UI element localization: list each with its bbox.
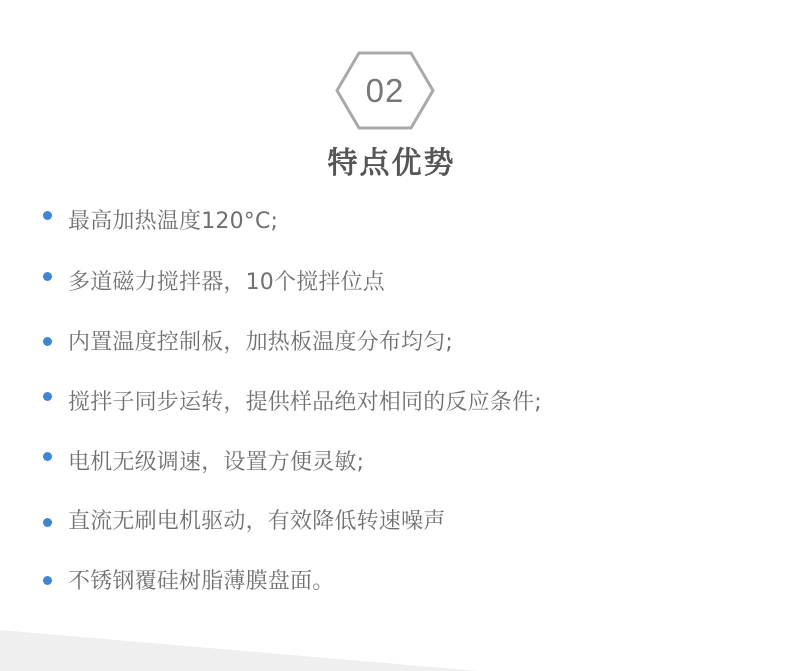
feature-text: 搅拌子同步运转，提供样品绝对相同的反应条件; [68,385,542,416]
bullet-dot-icon [43,337,52,346]
bullet-dot-icon [43,392,52,401]
decorative-gray-wedge [0,620,790,671]
feature-text: 电机无级调速，设置方便灵敏; [68,445,364,476]
feature-text: 最高加热温度120°C; [68,204,278,235]
feature-item: 电机无级调速，设置方便灵敏; [43,445,364,475]
bullet-dot-icon [43,272,52,281]
feature-text: 内置温度控制板，加热板温度分布均匀; [68,325,453,356]
bullet-dot-icon [43,518,52,527]
feature-item: 多道磁力搅拌器，10个搅拌位点 [43,265,385,295]
feature-item: 内置温度控制板，加热板温度分布均匀; [43,325,453,355]
feature-list: 最高加热温度120°C; 多道磁力搅拌器，10个搅拌位点 内置温度控制板，加热板… [0,0,790,671]
feature-text: 多道磁力搅拌器，10个搅拌位点 [68,265,385,296]
bullet-dot-icon [43,211,52,220]
bullet-dot-icon [43,452,52,461]
feature-item: 直流无刷电机驱动，有效降低转速噪声 [43,504,445,534]
bullet-dot-icon [43,576,52,585]
feature-text: 直流无刷电机驱动，有效降低转速噪声 [68,504,445,535]
feature-item: 不锈钢覆硅树脂薄膜盘面。 [43,564,334,594]
feature-text: 不锈钢覆硅树脂薄膜盘面。 [68,564,334,595]
feature-item: 搅拌子同步运转，提供样品绝对相同的反应条件; [43,385,542,415]
feature-item: 最高加热温度120°C; [43,204,278,234]
